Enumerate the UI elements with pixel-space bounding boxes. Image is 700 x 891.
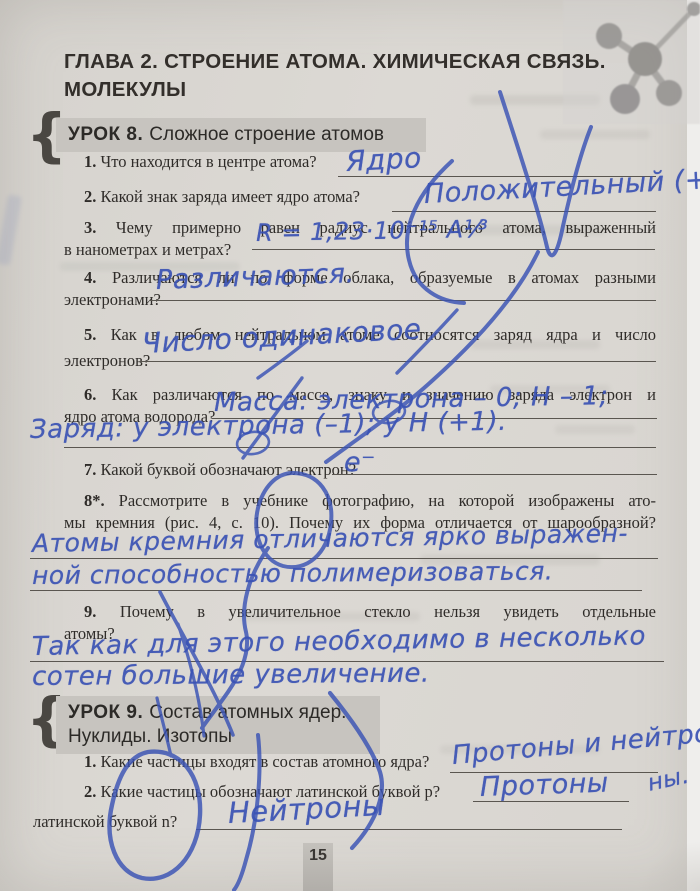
- scan-edge-strip: [687, 0, 700, 891]
- chapter-title: ГЛАВА 2. СТРОЕНИЕ АТОМА. ХИМИЧЕСКАЯ СВЯЗ…: [64, 48, 624, 104]
- chapter-title-line2: МОЛЕКУЛЫ: [64, 76, 624, 104]
- handwritten-answer: ной способностью полимеризоваться.: [32, 556, 553, 590]
- handwritten-answer: Ядро: [345, 141, 422, 178]
- answer-line: [332, 474, 657, 475]
- lesson9-label: УРОК 9.: [68, 702, 143, 723]
- handwritten-answer: е⁻: [344, 447, 376, 478]
- page-number-tab: 15: [303, 843, 333, 891]
- lesson9-banner: УРОК 9.Состав атомных ядер. Нуклиды. Изо…: [56, 696, 380, 754]
- question-8: 8*. Рассмотрите в учебнике фотографию, н…: [64, 490, 656, 512]
- handwritten-answer: сотен большие увеличение.: [32, 659, 430, 692]
- handwritten-answer: Протоны: [479, 768, 609, 803]
- page-number: 15: [309, 847, 327, 864]
- answer-line: [252, 249, 655, 250]
- lesson9-title-line2: Нуклиды. Изотопы: [68, 726, 232, 747]
- answer-line: [150, 300, 656, 301]
- handwritten-answer: R = 1,23·10⁻¹⁵ A¹⁄³: [256, 215, 489, 247]
- answer-line: [392, 211, 656, 212]
- bleed-through-mark: [0, 194, 22, 265]
- chapter-title-line1: ГЛАВА 2. СТРОЕНИЕ АТОМА. ХИМИЧЕСКАЯ СВЯЗ…: [64, 48, 624, 76]
- lesson8-title: Сложное строение атомов: [149, 124, 384, 145]
- page-corner-shadow: [640, 841, 700, 891]
- question-9: 9. Почему в увеличительное стекло нельзя…: [64, 601, 656, 623]
- answer-line: [30, 590, 642, 591]
- answer-line: [196, 829, 622, 830]
- lesson8-label: УРОК 8.: [68, 124, 143, 145]
- bleed-through-mark: [540, 130, 650, 139]
- workbook-page: ГЛАВА 2. СТРОЕНИЕ АТОМА. ХИМИЧЕСКАЯ СВЯЗ…: [0, 0, 700, 891]
- answer-line: [140, 361, 656, 362]
- question-4: 4. Различаются ли по форме облака, образ…: [64, 267, 656, 289]
- lesson9-title-line1: Состав атомных ядер.: [149, 702, 346, 723]
